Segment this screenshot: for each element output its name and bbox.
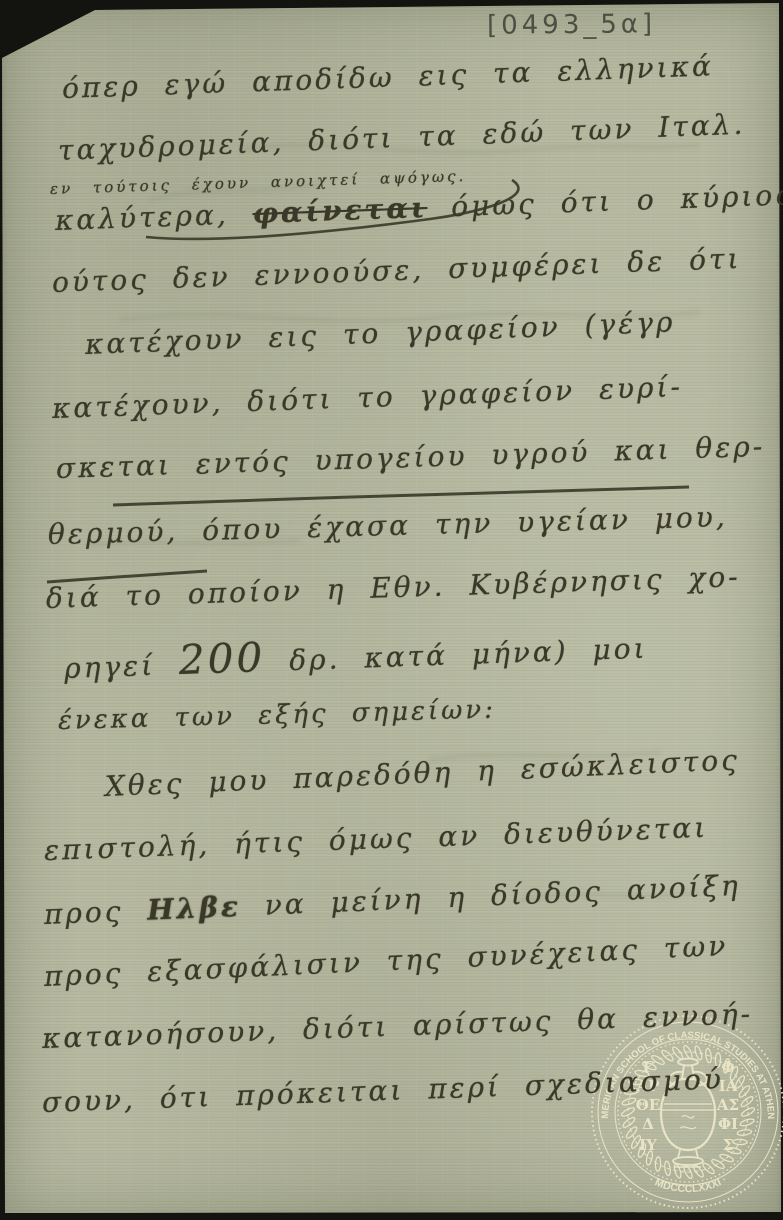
manuscript-text-segment: κατέχουν, διότι το γραφείον ευρί- <box>51 370 683 425</box>
manuscript-text-segment: σκεται εντός υπογείου υγρού και θερ- <box>55 430 765 485</box>
manuscript-line: διά το οποίον η Εθν. Κυβέρνησις χο- <box>45 560 741 615</box>
manuscript-line: ταχυδρομεία, διότι τα εδώ των Ιταλ. <box>57 108 746 167</box>
manuscript-line: θερμού, όπου έχασα την υγείαν μου, <box>48 500 728 551</box>
manuscript-text-segment: ούτος δεν εννοούσε, συμφέρει δε ότι <box>51 242 742 299</box>
manuscript-line: κατέχουν εις το γραφείον (γέγρ <box>84 305 676 361</box>
manuscript-text-segment: κατέχουν εις το γραφείον (γέγρ <box>84 305 676 361</box>
manuscript-text-segment: όπερ εγώ αποδίδω εις τα ελληνικά <box>61 49 714 105</box>
manuscript-scan-page: AMERICAN SCHOOL OF CLASSICAL STUDIES AT … <box>0 0 783 1220</box>
manuscript-line: προς εξασφάλισιν της συνέχειας των <box>43 929 729 993</box>
manuscript-text-segment: προς <box>43 894 148 931</box>
manuscript-text-segment: ρηγεί <box>64 648 180 685</box>
manuscript-text-segment: όμως ότι ο κύριος <box>427 178 783 224</box>
manuscript-line: επιστολή, ήτις όμως αν διευθύνεται <box>43 811 708 867</box>
manuscript-text-segment: ταχυδρομεία, διότι τα εδώ των Ιταλ. <box>57 108 746 167</box>
manuscript-text-segment: επιστολή, ήτις όμως αν διευθύνεται <box>43 811 708 867</box>
manuscript-line: κατανοήσουν, διότι αρίστως θα εννοή- <box>41 997 753 1055</box>
manuscript-text-segment: 200 <box>178 633 266 684</box>
manuscript-line: σκεται εντός υπογείου υγρού και θερ- <box>55 430 765 485</box>
manuscript-text-segment: κατανοήσουν, διότι αρίστως θα εννοή- <box>41 997 753 1055</box>
manuscript-line: ρηγεί 200 δρ. κατά μήνα) μοι <box>63 620 648 688</box>
manuscript-line: σουν, ότι πρόκειται περί σχεδιασμού <box>41 1062 724 1119</box>
manuscript-text-segment: θερμού, όπου έχασα την υγείαν μου, <box>48 500 728 551</box>
manuscript-line: προς Ηλβε να μείνη η δίοδος ανοίξη <box>43 869 741 931</box>
manuscript-text-segment: διά το οποίον η Εθν. Κυβέρνησις χο- <box>45 560 741 615</box>
handwriting-layer: όπερ εγώ αποδίδω εις τα ελληνικάταχυδρομ… <box>0 0 783 1220</box>
manuscript-text-segment: Χθες μου παρεδόθη η εσώκλειστος <box>104 743 740 803</box>
manuscript-line: ένεκα των εξής σημείων: <box>58 695 497 736</box>
manuscript-text-segment: ένεκα των εξής σημείων: <box>58 695 497 736</box>
manuscript-text-segment: να μείνη η δίοδος ανοίξη <box>240 869 741 923</box>
manuscript-line: Χθες μου παρεδόθη η εσώκλειστος <box>104 743 740 803</box>
manuscript-text-segment: φαίνεται <box>252 191 428 230</box>
manuscript-text-segment: προς εξασφάλισιν της συνέχειας των <box>43 929 729 993</box>
manuscript-text-segment: Ηλβε <box>147 890 242 927</box>
manuscript-text-segment: δρ. κατά μήνα) μοι <box>265 632 648 678</box>
manuscript-line: όπερ εγώ αποδίδω εις τα ελληνικά <box>61 49 714 105</box>
manuscript-text-segment: καλύτερα, <box>54 197 253 237</box>
manuscript-line: κατέχουν, διότι το γραφείον ευρί- <box>51 370 683 425</box>
manuscript-line: ούτος δεν εννοούσε, συμφέρει δε ότι <box>51 242 742 299</box>
manuscript-text-segment: σουν, ότι πρόκειται περί σχεδιασμού <box>41 1062 724 1119</box>
